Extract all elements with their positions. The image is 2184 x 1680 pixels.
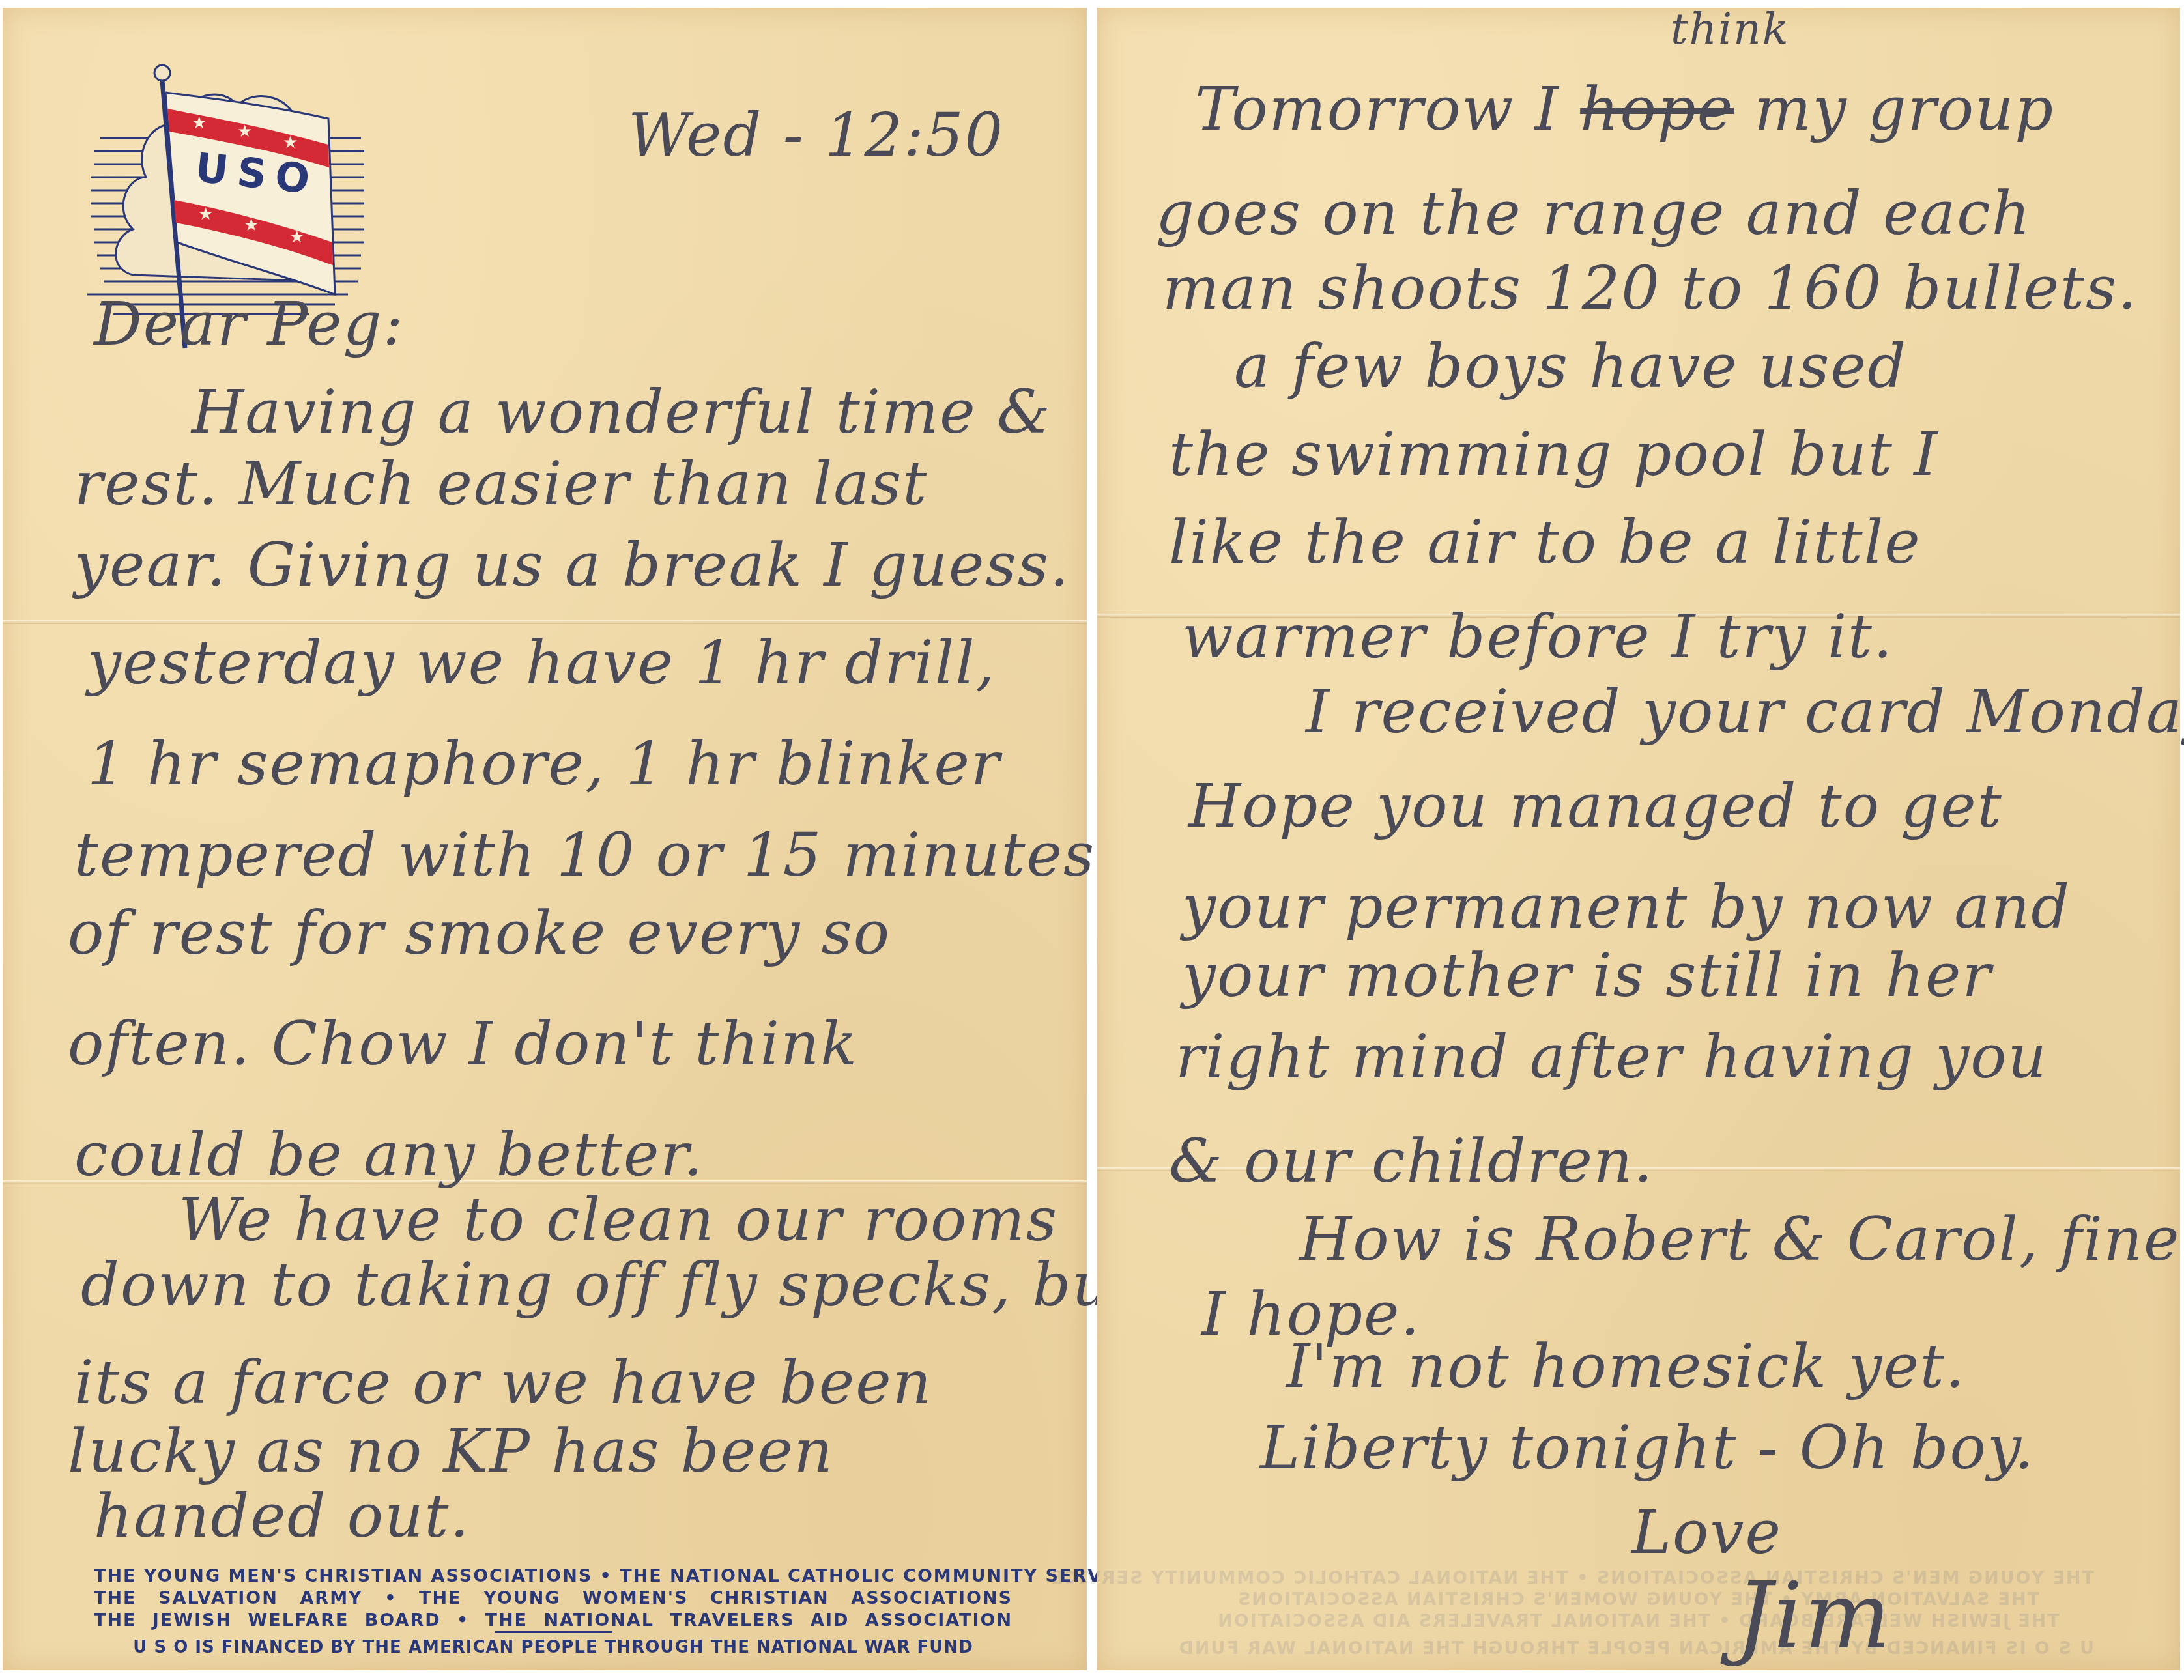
body-line: often. Chow I don't think: [68, 1014, 858, 1074]
body-line: lucky as no KP has been: [68, 1421, 834, 1481]
svg-text:★: ★: [244, 216, 259, 235]
ghost-footer-line: THE SALVATION ARMY • THE YOUNG WOMEN'S C…: [1182, 1589, 2094, 1610]
body-line: 1 hr semaphore, 1 hr blinker: [87, 734, 1001, 794]
letter-page-2: think Tomorrow I hope my group goes on t…: [1097, 8, 2180, 1670]
body-line: handed out.: [94, 1487, 470, 1546]
body-line: year. Giving us a break I guess.: [74, 535, 1070, 595]
body-line: I'm not homesick yet.: [1286, 1337, 1966, 1397]
insertion-word: think: [1671, 8, 1790, 51]
body-line: down to taking off fly specks, but: [81, 1255, 1138, 1315]
letter-page-1: ★ ★ ★ ★ ★ ★ USO Wed - 12:50 Dear Peg: Ha…: [3, 8, 1087, 1670]
svg-text:★: ★: [192, 113, 207, 133]
footer-line: U S O IS FINANCED BY THE AMERICAN PEOPLE…: [94, 1638, 1013, 1657]
body-line: its a farce or we have been: [74, 1353, 932, 1413]
body-line: warmer before I try it.: [1182, 607, 1893, 667]
body-line: of rest for smoke every so: [68, 904, 891, 963]
footer-line: THE JEWISH WELFARE BOARD • THE NATIONAL …: [94, 1610, 1013, 1630]
svg-text:★: ★: [198, 205, 213, 224]
body-line: your permanent by now and: [1182, 877, 2071, 937]
text-fragment: my group: [1734, 74, 2054, 144]
signature: Jim: [1736, 1571, 1892, 1662]
body-line: Liberty tonight - Oh boy.: [1260, 1418, 2035, 1478]
fold-crease: [3, 620, 1087, 624]
body-line: your mother is still in her: [1182, 946, 1992, 1006]
ghost-footer-line: THE JEWISH WELFARE BOARD • THE NATIONAL …: [1182, 1611, 2094, 1631]
svg-text:★: ★: [283, 133, 298, 152]
body-line: Hope you managed to get: [1188, 776, 2003, 836]
body-line: Having a wonderful time &: [192, 382, 1052, 442]
body-line: a few boys have used: [1234, 337, 1907, 397]
footer-line: THE YOUNG MEN'S CHRISTIAN ASSOCIATIONS •…: [94, 1566, 1013, 1586]
svg-text:★: ★: [237, 122, 252, 141]
underline-rule: [495, 1631, 612, 1633]
closing: Love: [1631, 1503, 1782, 1563]
body-line: man shoots 120 to 160 bullets.: [1162, 259, 2138, 319]
body-line-first: Tomorrow I hope my group: [1195, 79, 2054, 139]
body-line: right mind after having you: [1175, 1027, 2048, 1087]
ghost-footer-line: U S O IS FINANCED BY THE AMERICAN PEOPLE…: [1182, 1638, 2094, 1659]
salutation: Dear Peg:: [94, 294, 404, 354]
body-line: I received your card Monday.: [1306, 682, 2184, 742]
text-fragment: Tomorrow I: [1195, 74, 1580, 144]
body-line: the swimming pool but I: [1169, 425, 1939, 485]
body-line: could be any better.: [74, 1125, 704, 1185]
svg-text:★: ★: [289, 227, 304, 247]
date-time: Wed - 12:50: [628, 106, 1004, 165]
body-line: rest. Much easier than last: [74, 454, 928, 514]
body-line: We have to clean our rooms: [179, 1190, 1058, 1250]
body-line: How is Robert & Carol, fine: [1299, 1210, 2181, 1270]
struck-word: hope: [1580, 74, 1734, 144]
body-line: goes on the range and each: [1156, 184, 2032, 244]
body-line: & our children.: [1169, 1132, 1654, 1191]
footer-line: THE SALVATION ARMY • THE YOUNG WOMEN'S C…: [94, 1588, 1013, 1608]
body-line: like the air to be a little: [1169, 513, 1921, 573]
body-line: yesterday we have 1 hr drill,: [87, 633, 996, 693]
body-line: tempered with 10 or 15 minutes: [74, 825, 1095, 885]
ghost-footer-line: THE YOUNG MEN'S CHRISTIAN ASSOCIATIONS •…: [1182, 1568, 2094, 1588]
